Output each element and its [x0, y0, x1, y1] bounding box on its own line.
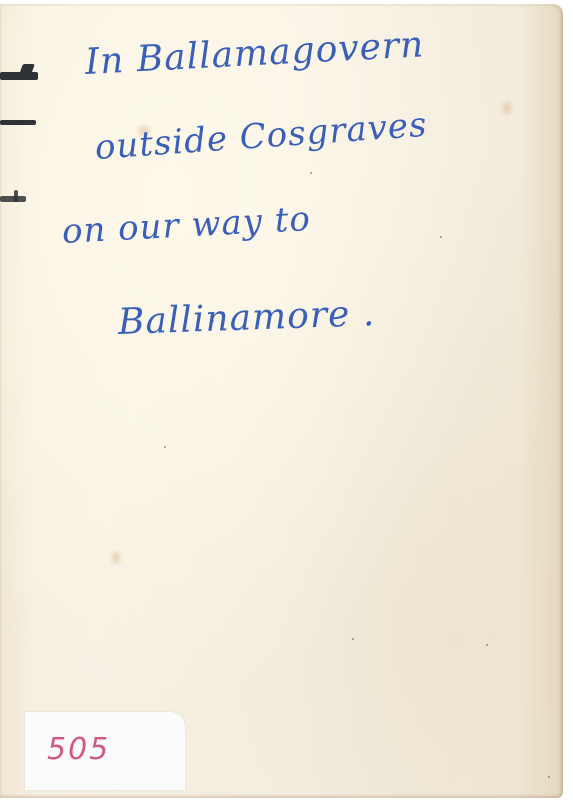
paper-stain — [112, 552, 120, 564]
edge-mark — [0, 196, 26, 202]
left-edge-ink-marks — [0, 64, 45, 224]
paper-speck — [440, 236, 442, 238]
handwritten-line: In Ballamagovern — [84, 24, 425, 83]
handwritten-line: outside Cosgraves — [94, 105, 429, 168]
paper-speck — [352, 638, 354, 640]
edge-mark — [14, 190, 18, 202]
catalog-number: 505 — [47, 732, 110, 767]
paper-stain — [502, 102, 512, 114]
paper-speck — [548, 776, 550, 778]
catalog-number-label: 505 — [25, 712, 185, 790]
paper-speck — [310, 172, 312, 174]
edge-mark — [0, 120, 36, 125]
photo-card-back: In Ballamagovern outside Cosgraves on ou… — [0, 4, 563, 798]
handwritten-line: Ballinamore . — [117, 293, 376, 343]
paper-speck — [164, 446, 166, 448]
paper-speck — [486, 644, 488, 646]
handwritten-line: on our way to — [61, 199, 312, 252]
